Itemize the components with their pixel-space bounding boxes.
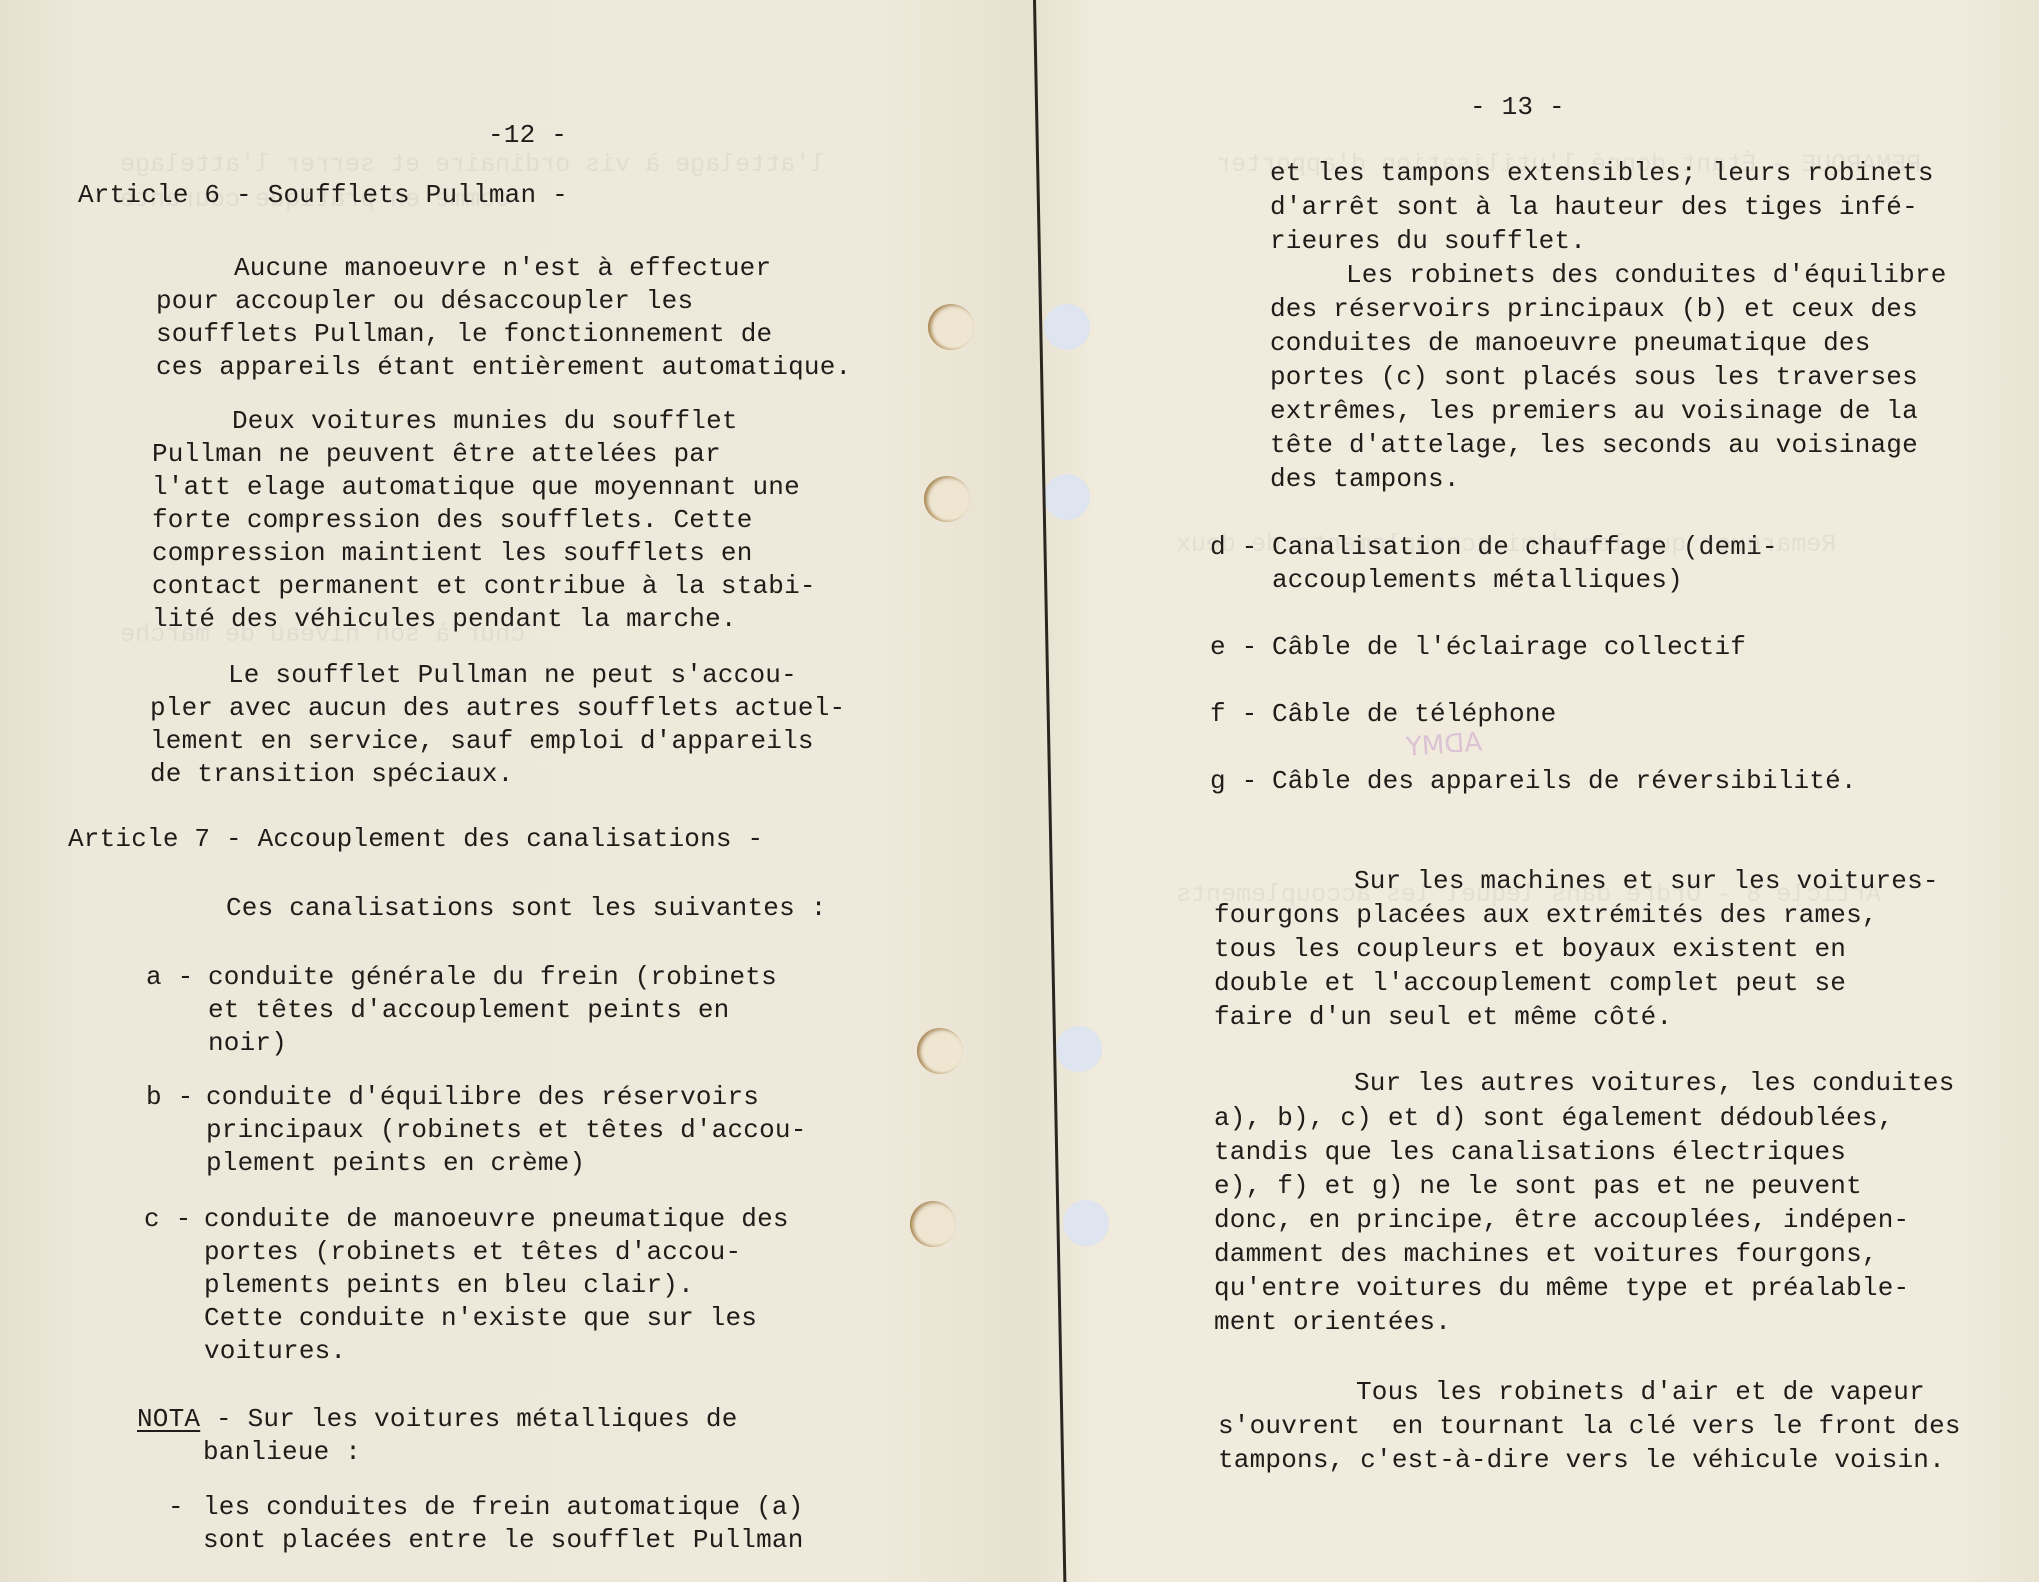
- paragraph-line: damment des machines et voitures fourgon…: [1214, 1239, 1878, 1269]
- list-item-line: voitures.: [204, 1336, 346, 1366]
- nota-bullet: -: [168, 1492, 184, 1522]
- paragraph-line: s'ouvrent en tournant la clé vers le fro…: [1218, 1411, 1961, 1441]
- binder-hole: [1044, 304, 1090, 350]
- paragraph-line: Le soufflet Pullman ne peut s'accou-: [228, 660, 797, 690]
- paragraph-line: qu'entre voitures du même type et préala…: [1214, 1273, 1909, 1303]
- paragraph-line: double et l'accouplement complet peut se: [1214, 968, 1846, 998]
- paragraph-line: soufflets Pullman, le fonctionnement de: [156, 319, 772, 349]
- nota-text-line: banlieue :: [203, 1437, 361, 1467]
- binder-hole: [910, 1201, 956, 1247]
- binder-hole: [1044, 474, 1090, 520]
- paragraph-line: ment orientées.: [1214, 1307, 1451, 1337]
- list-letter-b: b -: [146, 1082, 193, 1112]
- list-item-line: conduite de manoeuvre pneumatique des: [204, 1204, 789, 1234]
- binder-hole: [1056, 1026, 1102, 1072]
- paragraph-line: Sur les autres voitures, les conduites: [1354, 1068, 1955, 1098]
- list-item-line: conduite générale du frein (robinets: [208, 962, 777, 992]
- list-item-line: Câble de téléphone: [1272, 699, 1556, 729]
- list-item-line: principaux (robinets et têtes d'accou-: [206, 1115, 807, 1145]
- paragraph-line: de transition spéciaux.: [150, 759, 513, 789]
- list-item-line: Canalisation de chauffage (demi-: [1272, 532, 1778, 562]
- paragraph-line: Aucune manoeuvre n'est à effectuer: [234, 253, 771, 283]
- paragraph-line: extrêmes, les premiers au voisinage de l…: [1270, 396, 1918, 426]
- paragraph-line: contact permanent et contribue à la stab…: [152, 571, 816, 601]
- list-letter-f: f -: [1210, 699, 1257, 729]
- list-item-line: Cette conduite n'existe que sur les: [204, 1303, 757, 1333]
- paragraph-line: portes (c) sont placés sous les traverse…: [1270, 362, 1918, 392]
- list-letter-g: g -: [1210, 766, 1257, 796]
- page-number: - 13 -: [1470, 92, 1565, 122]
- list-letter-e: e -: [1210, 632, 1257, 662]
- paragraph-line: et les tampons extensibles; leurs robine…: [1270, 158, 1934, 188]
- list-item-line: accouplements métalliques): [1272, 565, 1683, 595]
- nota-label: NOTA: [137, 1404, 200, 1434]
- list-item-line: plement peints en crème): [206, 1148, 585, 1178]
- binder-hole: [917, 1028, 963, 1074]
- paragraph-line: Sur les machines et sur les voitures-: [1354, 866, 1939, 896]
- nota-bullet-line: les conduites de frein automatique (a): [203, 1492, 804, 1522]
- paragraph-line: donc, en principe, être accouplées, indé…: [1214, 1205, 1909, 1235]
- binder-hole: [928, 304, 974, 350]
- list-item-line: conduite d'équilibre des réservoirs: [206, 1082, 759, 1112]
- paragraph-line: compression maintient les soufflets en: [152, 538, 753, 568]
- binder-hole: [924, 476, 970, 522]
- left-page-12: l'attelage à vis ordinaire et serrer l'a…: [0, 0, 1036, 1582]
- paragraph-line: des tampons.: [1270, 464, 1460, 494]
- list-item-line: noir): [208, 1028, 287, 1058]
- paragraph-line: tous les coupleurs et boyaux existent en: [1214, 934, 1846, 964]
- paragraph-line: a), b), c) et d) sont également dédoublé…: [1214, 1103, 1894, 1133]
- list-item-line: et têtes d'accouplement peints en: [208, 995, 729, 1025]
- paragraph-line: Deux voitures munies du soufflet: [232, 406, 738, 436]
- paragraph-line: tête d'attelage, les seconds au voisinag…: [1270, 430, 1918, 460]
- paragraph-line: Les robinets des conduites d'équilibre: [1346, 260, 1947, 290]
- paragraph-line: Tous les robinets d'air et de vapeur: [1356, 1377, 1925, 1407]
- list-letter-d: d -: [1210, 532, 1257, 562]
- paragraph-line: lement en service, sauf emploi d'apparei…: [150, 726, 814, 756]
- binder-hole: [1063, 1200, 1109, 1246]
- paragraph-line: pler avec aucun des autres soufflets act…: [150, 693, 845, 723]
- paragraph-line: Pullman ne peuvent être attelées par: [152, 439, 721, 469]
- article-7-heading: Article 7 - Accouplement des canalisatio…: [68, 824, 763, 854]
- bleed-through-text: l'attelage à vis ordinaire et serrer l'a…: [120, 150, 825, 179]
- article-6-heading: Article 6 - Soufflets Pullman -: [78, 180, 568, 210]
- list-letter-c: c -: [144, 1204, 191, 1234]
- nota-text: - Sur les voitures métalliques de: [200, 1404, 737, 1434]
- list-item-line: portes (robinets et têtes d'accou-: [204, 1237, 741, 1267]
- paragraph-line: faire d'un seul et même côté.: [1214, 1002, 1672, 1032]
- paragraph-line: e), f) et g) ne le sont pas et ne peuven…: [1214, 1171, 1862, 1201]
- handwritten-annotation: ADMY: [1405, 727, 1483, 762]
- paragraph-line: conduites de manoeuvre pneumatique des: [1270, 328, 1871, 358]
- paragraph-line: forte compression des soufflets. Cette: [152, 505, 753, 535]
- page-number: -12 -: [488, 120, 567, 150]
- paragraph-line: fourgons placées aux extrémités des rame…: [1214, 900, 1878, 930]
- nota-block: NOTA - Sur les voitures métalliques de: [137, 1404, 738, 1434]
- article-7-intro: Ces canalisations sont les suivantes :: [226, 893, 827, 923]
- nota-bullet-line: sont placées entre le soufflet Pullman: [203, 1525, 804, 1555]
- list-item-line: Câble des appareils de réversibilité.: [1272, 766, 1857, 796]
- paragraph-line: lité des véhicules pendant la marche.: [152, 604, 737, 634]
- list-item-line: plements peints en bleu clair).: [204, 1270, 694, 1300]
- paragraph-line: pour accoupler ou désaccoupler les: [156, 286, 693, 316]
- paragraph-line: l'att elage automatique que moyennant un…: [152, 472, 800, 502]
- paragraph-line: rieures du soufflet.: [1270, 226, 1586, 256]
- paragraph-line: tampons, c'est-à-dire vers le véhicule v…: [1218, 1445, 1945, 1475]
- paragraph-line: ces appareils étant entièrement automati…: [156, 352, 851, 382]
- paragraph-line: tandis que les canalisations électriques: [1214, 1137, 1846, 1167]
- paragraph-line: d'arrêt sont à la hauteur des tiges infé…: [1270, 192, 1918, 222]
- list-item-line: Câble de l'éclairage collectif: [1272, 632, 1746, 662]
- list-letter-a: a -: [146, 962, 193, 992]
- paragraph-line: des réservoirs principaux (b) et ceux de…: [1270, 294, 1918, 324]
- right-page-13: REMARQUE - Étant donné l'utilisation d'a…: [1036, 0, 2039, 1582]
